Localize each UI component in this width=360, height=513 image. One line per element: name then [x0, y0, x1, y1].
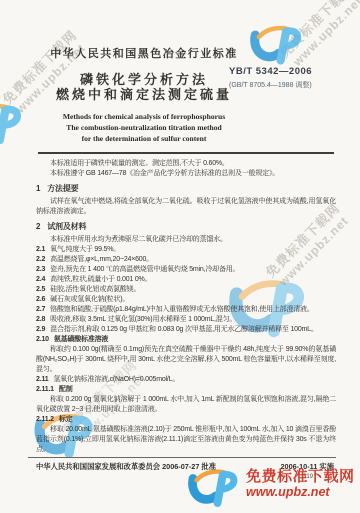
item-title: 标定 [59, 416, 73, 423]
standard-number: YB/T 5342—2006 [229, 66, 355, 77]
site-logo-text: 免费标准下载网 www.upbz.net [246, 468, 355, 499]
section-2-heading: 2试剂及材料 [36, 222, 336, 232]
reagent-item-2-10: 2.10氨基磺酸标准溶液 [36, 335, 336, 345]
watermark-top-right: 免费标准下载网 www.upbz.net [275, 0, 360, 71]
item-title: 配制 [59, 386, 73, 393]
reagent-list: 2.1氧气,纯度大于 99.5%。 2.2高温燃烧管,φ×L,mm,20~24×… [36, 245, 336, 335]
reagent-item: 2.3瓷舟,预先在 1 400 ℃的高温燃烧管中通氧灼烧 5min,冷却备用。 [36, 265, 336, 275]
item-number: 2.10 [36, 336, 49, 343]
header-divider [38, 152, 334, 154]
scope-line-1: 本标准适用于磷铁中硫量的测定。测定范围,不大于 0.60%。 [36, 159, 336, 169]
item-number: 2.11.1 [36, 386, 54, 393]
item-text: 吸收液,移取 3.5mL 过氧化氢(30%)用水稀释至 1 000mL,混匀。 [50, 316, 236, 323]
item-2-10-paragraph: 称取约 0.100 0g(精确至 0.1mg)预先在真空硫酸干燥器中干燥约 48… [36, 345, 336, 375]
item-number: 2.9 [36, 326, 45, 333]
reagent-item: 2.4高纯铁,粒状,硫量小于 0.001 0%。 [36, 275, 336, 285]
site-url: www.upbz.net [246, 485, 355, 499]
item-number: 2.6 [36, 296, 45, 303]
standard-replaces-note: (GB/T 8705.4—1988 调整) [229, 80, 355, 90]
up-logo-icon [0, 95, 26, 155]
section-number: 2 [36, 222, 40, 231]
item-text: 氢氧化钠标准溶液,c(NaOH)=0.005mol/L。 [53, 376, 179, 383]
reagent-item: 2.1氧气,纯度大于 99.5%。 [36, 245, 336, 255]
item-number: 2.7 [36, 306, 45, 313]
section-2-intro: 本标准中所用水均为煮沸驱尽二氧化碳并已冷却的蒸馏水。 [36, 235, 336, 245]
document-title-line1: 磷铁化学分析方法 [28, 72, 260, 87]
section-number: 1 [36, 184, 40, 193]
reagent-item-2-11: 2.11氢氧化钠标准溶液,c(NaOH)=0.005mol/L。 [36, 375, 336, 385]
standard-number-block: YB/T 5342—2006 (GB/T 8705.4—1988 调整) [229, 66, 355, 90]
item-title: 氨基磺酸标准溶液 [54, 336, 108, 343]
item-number: 2.5 [36, 286, 45, 293]
item-number: 2.11.2 [36, 416, 54, 423]
item-text: 硅胶,活性氧化铝或高氯酸镁。 [50, 286, 140, 293]
reagent-item: 2.7铬酸饱和硫酸,于硫酸(ρ1.84g/mL)中加入重铬酸钾或无水铬酸使其饱和… [36, 305, 336, 315]
item-number: 2.1 [36, 246, 45, 253]
standard-org-line: 中华人民共和国黑色冶金行业标准 [28, 45, 260, 61]
item-number: 2.3 [36, 266, 45, 273]
site-logo: 免费标准下载网 www.upbz.net [186, 468, 355, 510]
item-text: 高纯铁,粒状,硫量小于 0.001 0%。 [50, 276, 151, 283]
watermark-text: 免费标准下载网 [275, 0, 358, 61]
site-name: 免费标准下载网 [246, 468, 355, 485]
reagent-item: 2.5硅胶,活性氧化铝或高氯酸镁。 [36, 285, 336, 295]
document-page: 免费标准下载网 www.upbz.net 免费标准下载网 www.upbz.ne… [0, 0, 360, 513]
watermark-url: www.upbz.net [288, 0, 360, 71]
english-title-line2: The combustion-neutralization titration … [28, 122, 260, 133]
item-text: 高温燃烧管,φ×L,mm,20~24×600。 [50, 256, 153, 263]
item-text: 氧气,纯度大于 99.5%。 [50, 246, 120, 253]
item-text: 碱石灰或氢氧化钠(粒状)。 [50, 296, 129, 303]
reagent-item-2-11-2: 2.11.2标定 [36, 415, 336, 425]
reagent-item: 2.8吸收液,移取 3.5mL 过氧化氢(30%)用水稀释至 1 000mL,混… [36, 315, 336, 325]
item-number: 2.8 [36, 316, 45, 323]
item-2-11-2-paragraph: 移取 20.00mL 氨基磺酸标准溶液(2.10)于 250mL 锥形瓶中,加入… [36, 425, 336, 455]
reagent-item: 2.6碱石灰或氢氧化钠(粒状)。 [36, 295, 336, 305]
item-number: 2.4 [36, 276, 45, 283]
item-text: 瓷舟,预先在 1 400 ℃的高温燃烧管中通氧灼烧 5min,冷却备用。 [50, 266, 239, 273]
item-number: 2.2 [36, 256, 45, 263]
reagent-item: 2.9混合指示剂,称取 0.125 0g 甲基红和 0.083 0g 次甲基蓝,… [36, 325, 336, 335]
document-body: 本标准适用于磷铁中硫量的测定。测定范围,不大于 0.60%。 本标准遵守 GB … [36, 159, 336, 455]
english-title-line1: Methods for chemical analysis of ferroph… [28, 111, 260, 122]
section-1-heading: 1方法提要 [36, 184, 336, 194]
english-title-line3: for the determination of sulfur content [28, 133, 260, 144]
reagent-item: 2.2高温燃烧管,φ×L,mm,20~24×600。 [36, 255, 336, 265]
up-logo-icon [186, 468, 242, 510]
section-1-paragraph: 试样在氧气流中燃烧,将硫全部氧化为二氧化硫。吸收于过氧化氢溶液中使其成为硫酸,用… [36, 197, 336, 217]
item-text: 混合指示剂,称取 0.125 0g 甲基红和 0.083 0g 次甲基蓝,用无水… [50, 326, 318, 333]
section-title: 试剂及材料 [47, 222, 86, 231]
document-title-line2: 燃烧中和滴定法测定硫量 [28, 87, 260, 102]
item-text: 铬酸饱和硫酸,于硫酸(ρ1.84g/mL)中加入重铬酸钾或无水铬酸使其饱和,使用… [50, 306, 314, 313]
item-number: 2.11 [36, 376, 48, 383]
footer-divider [28, 457, 336, 458]
document-header: 中华人民共和国黑色冶金行业标准 磷铁化学分析方法 燃烧中和滴定法测定硫量 Met… [28, 45, 260, 144]
section-title: 方法提要 [47, 184, 78, 193]
reagent-item-2-11-1: 2.11.1配制 [36, 385, 336, 395]
scope-line-2: 本标准遵守 GB 1467—78《冶金产品化学分析方法标准的总则及一般规定》。 [36, 169, 336, 179]
item-2-11-1-paragraph: 称取 0.200 0g 氢氧化钠溶解于 1 000mL 水中,加入 1mL 新配… [36, 395, 336, 415]
